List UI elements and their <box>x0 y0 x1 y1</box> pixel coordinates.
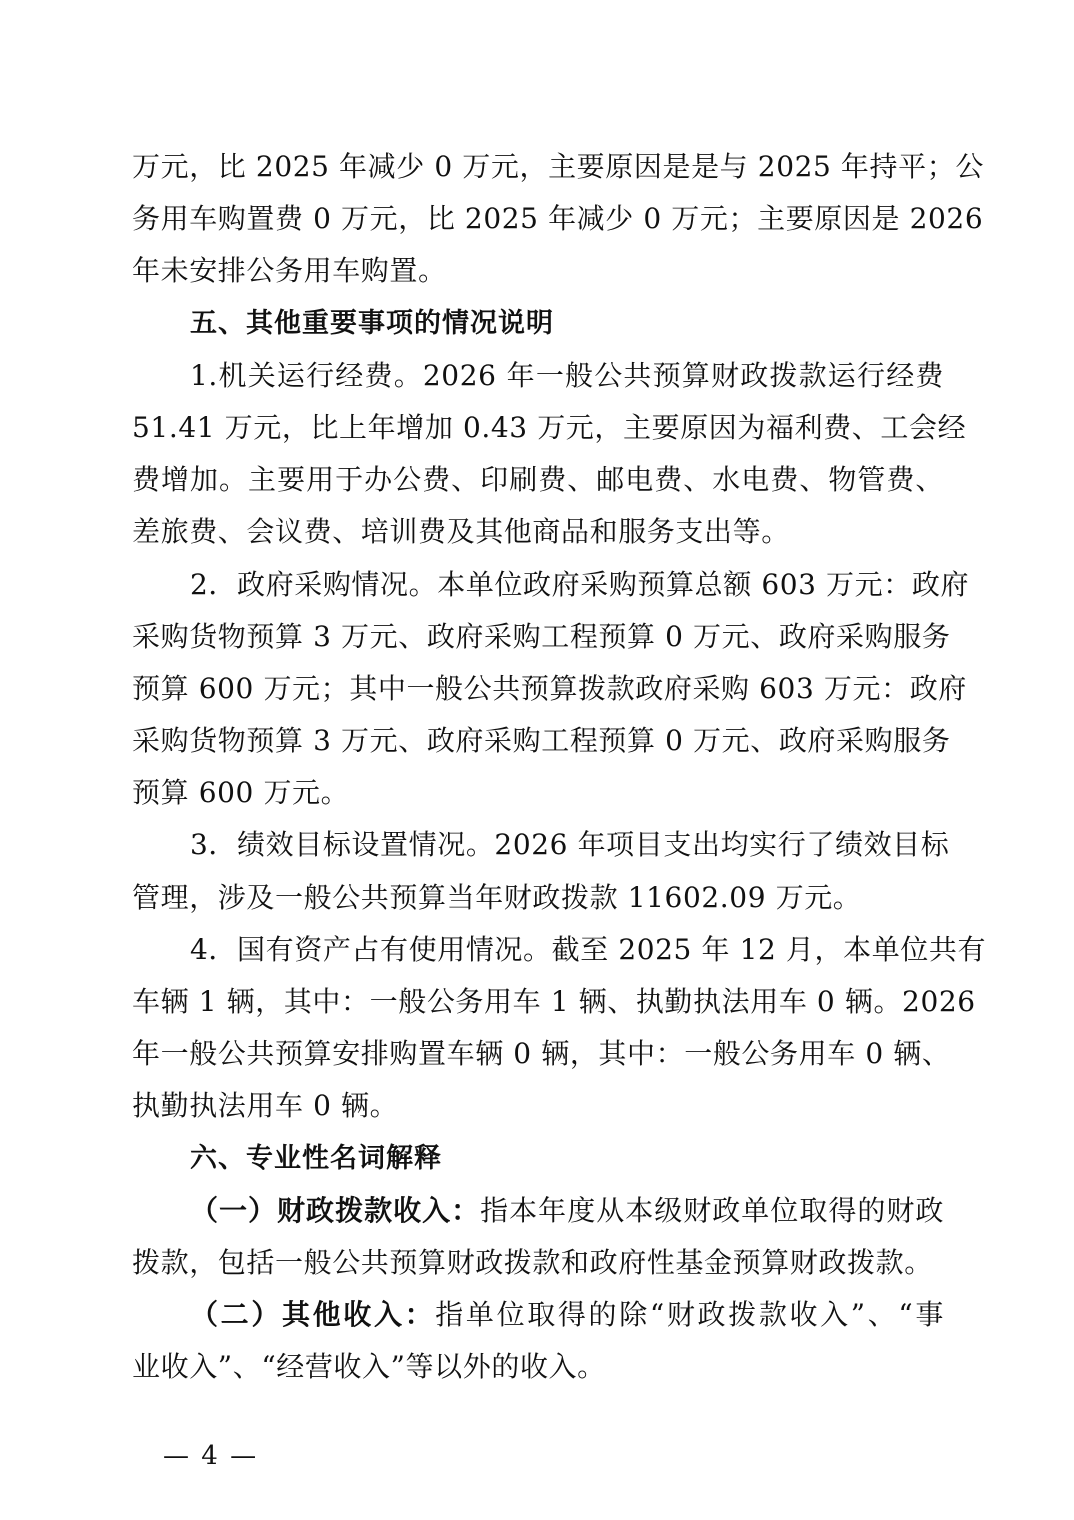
text-line: （一）财政拨款收入：指本年度从本级财政单位取得的财政 <box>132 1185 944 1237</box>
document-page: 万元，比 2025 年减少 0 万元，主要原因是是与 2025 年持平；公 务用… <box>132 141 944 1394</box>
text-line: 2．政府采购情况。本单位政府采购预算总额 603 万元：政府 <box>132 559 944 611</box>
text-line: 务用车购置费 0 万元，比 2025 年减少 0 万元；主要原因是 2026 <box>132 193 944 245</box>
section-heading-6: 六、专业性名词解释 <box>132 1133 944 1185</box>
paragraph-item-3-performance-goals: 3．绩效目标设置情况。2026 年项目支出均实行了绩效目标 管理，涉及一般公共预… <box>132 819 944 923</box>
section-heading-5: 五、其他重要事项的情况说明 <box>132 298 944 350</box>
text-line: 3．绩效目标设置情况。2026 年项目支出均实行了绩效目标 <box>132 819 944 871</box>
text-line: 费增加。主要用于办公费、印刷费、邮电费、水电费、物管费、 <box>132 454 944 506</box>
text-line: 差旅费、会议费、培训费及其他商品和服务支出等。 <box>132 506 944 558</box>
paragraph-item-1-operating-expenses: 1.机关运行经费。2026 年一般公共预算财政拨款运行经费 51.41 万元，比… <box>132 350 944 559</box>
text-line: 采购货物预算 3 万元、政府采购工程预算 0 万元、政府采购服务 <box>132 715 944 767</box>
term-definition-fiscal-appropriation: （一）财政拨款收入：指本年度从本级财政单位取得的财政 拨款，包括一般公共预算财政… <box>132 1185 944 1289</box>
text-line: （二）其他收入：指单位取得的除“财政拨款收入”、“事 <box>132 1289 944 1341</box>
text-line: 执勤执法用车 0 辆。 <box>132 1080 944 1132</box>
text-line: 万元，比 2025 年减少 0 万元，主要原因是是与 2025 年持平；公 <box>132 141 944 193</box>
term-label: （二）其他收入： <box>190 1298 435 1331</box>
paragraph-item-4-state-assets: 4．国有资产占有使用情况。截至 2025 年 12 月，本单位共有 车辆 1 辆… <box>132 924 944 1133</box>
text-line: 年一般公共预算安排购置车辆 0 辆，其中：一般公务用车 0 辆、 <box>132 1028 944 1080</box>
text-line: 年未安排公务用车购置。 <box>132 245 944 297</box>
text-line: 51.41 万元，比上年增加 0.43 万元，主要原因为福利费、工会经 <box>132 402 944 454</box>
text-line: 管理，涉及一般公共预算当年财政拨款 11602.09 万元。 <box>132 872 944 924</box>
text-line: 1.机关运行经费。2026 年一般公共预算财政拨款运行经费 <box>132 350 944 402</box>
text-line: 业收入”、“经营收入”等以外的收入。 <box>132 1341 944 1393</box>
text-line: 采购货物预算 3 万元、政府采购工程预算 0 万元、政府采购服务 <box>132 611 944 663</box>
text-line: 预算 600 万元；其中一般公共预算拨款政府采购 603 万元：政府 <box>132 663 944 715</box>
text-line: 4．国有资产占有使用情况。截至 2025 年 12 月，本单位共有 <box>132 924 944 976</box>
term-label: （一）财政拨款收入： <box>190 1194 480 1227</box>
term-text: 指本年度从本级财政单位取得的财政 <box>480 1194 944 1227</box>
text-line: 拨款，包括一般公共预算财政拨款和政府性基金预算财政拨款。 <box>132 1237 944 1289</box>
text-line: 车辆 1 辆，其中：一般公务用车 1 辆、执勤执法用车 0 辆。2026 <box>132 976 944 1028</box>
continuation-paragraph: 万元，比 2025 年减少 0 万元，主要原因是是与 2025 年持平；公 务用… <box>132 141 944 298</box>
term-definition-other-income: （二）其他收入：指单位取得的除“财政拨款收入”、“事 业收入”、“经营收入”等以… <box>132 1289 944 1393</box>
term-text: 指单位取得的除“财政拨款收入”、“事 <box>435 1298 944 1331</box>
page-number: — 4 — <box>163 1441 258 1471</box>
text-line: 预算 600 万元。 <box>132 767 944 819</box>
paragraph-item-2-procurement: 2．政府采购情况。本单位政府采购预算总额 603 万元：政府 采购货物预算 3 … <box>132 559 944 820</box>
